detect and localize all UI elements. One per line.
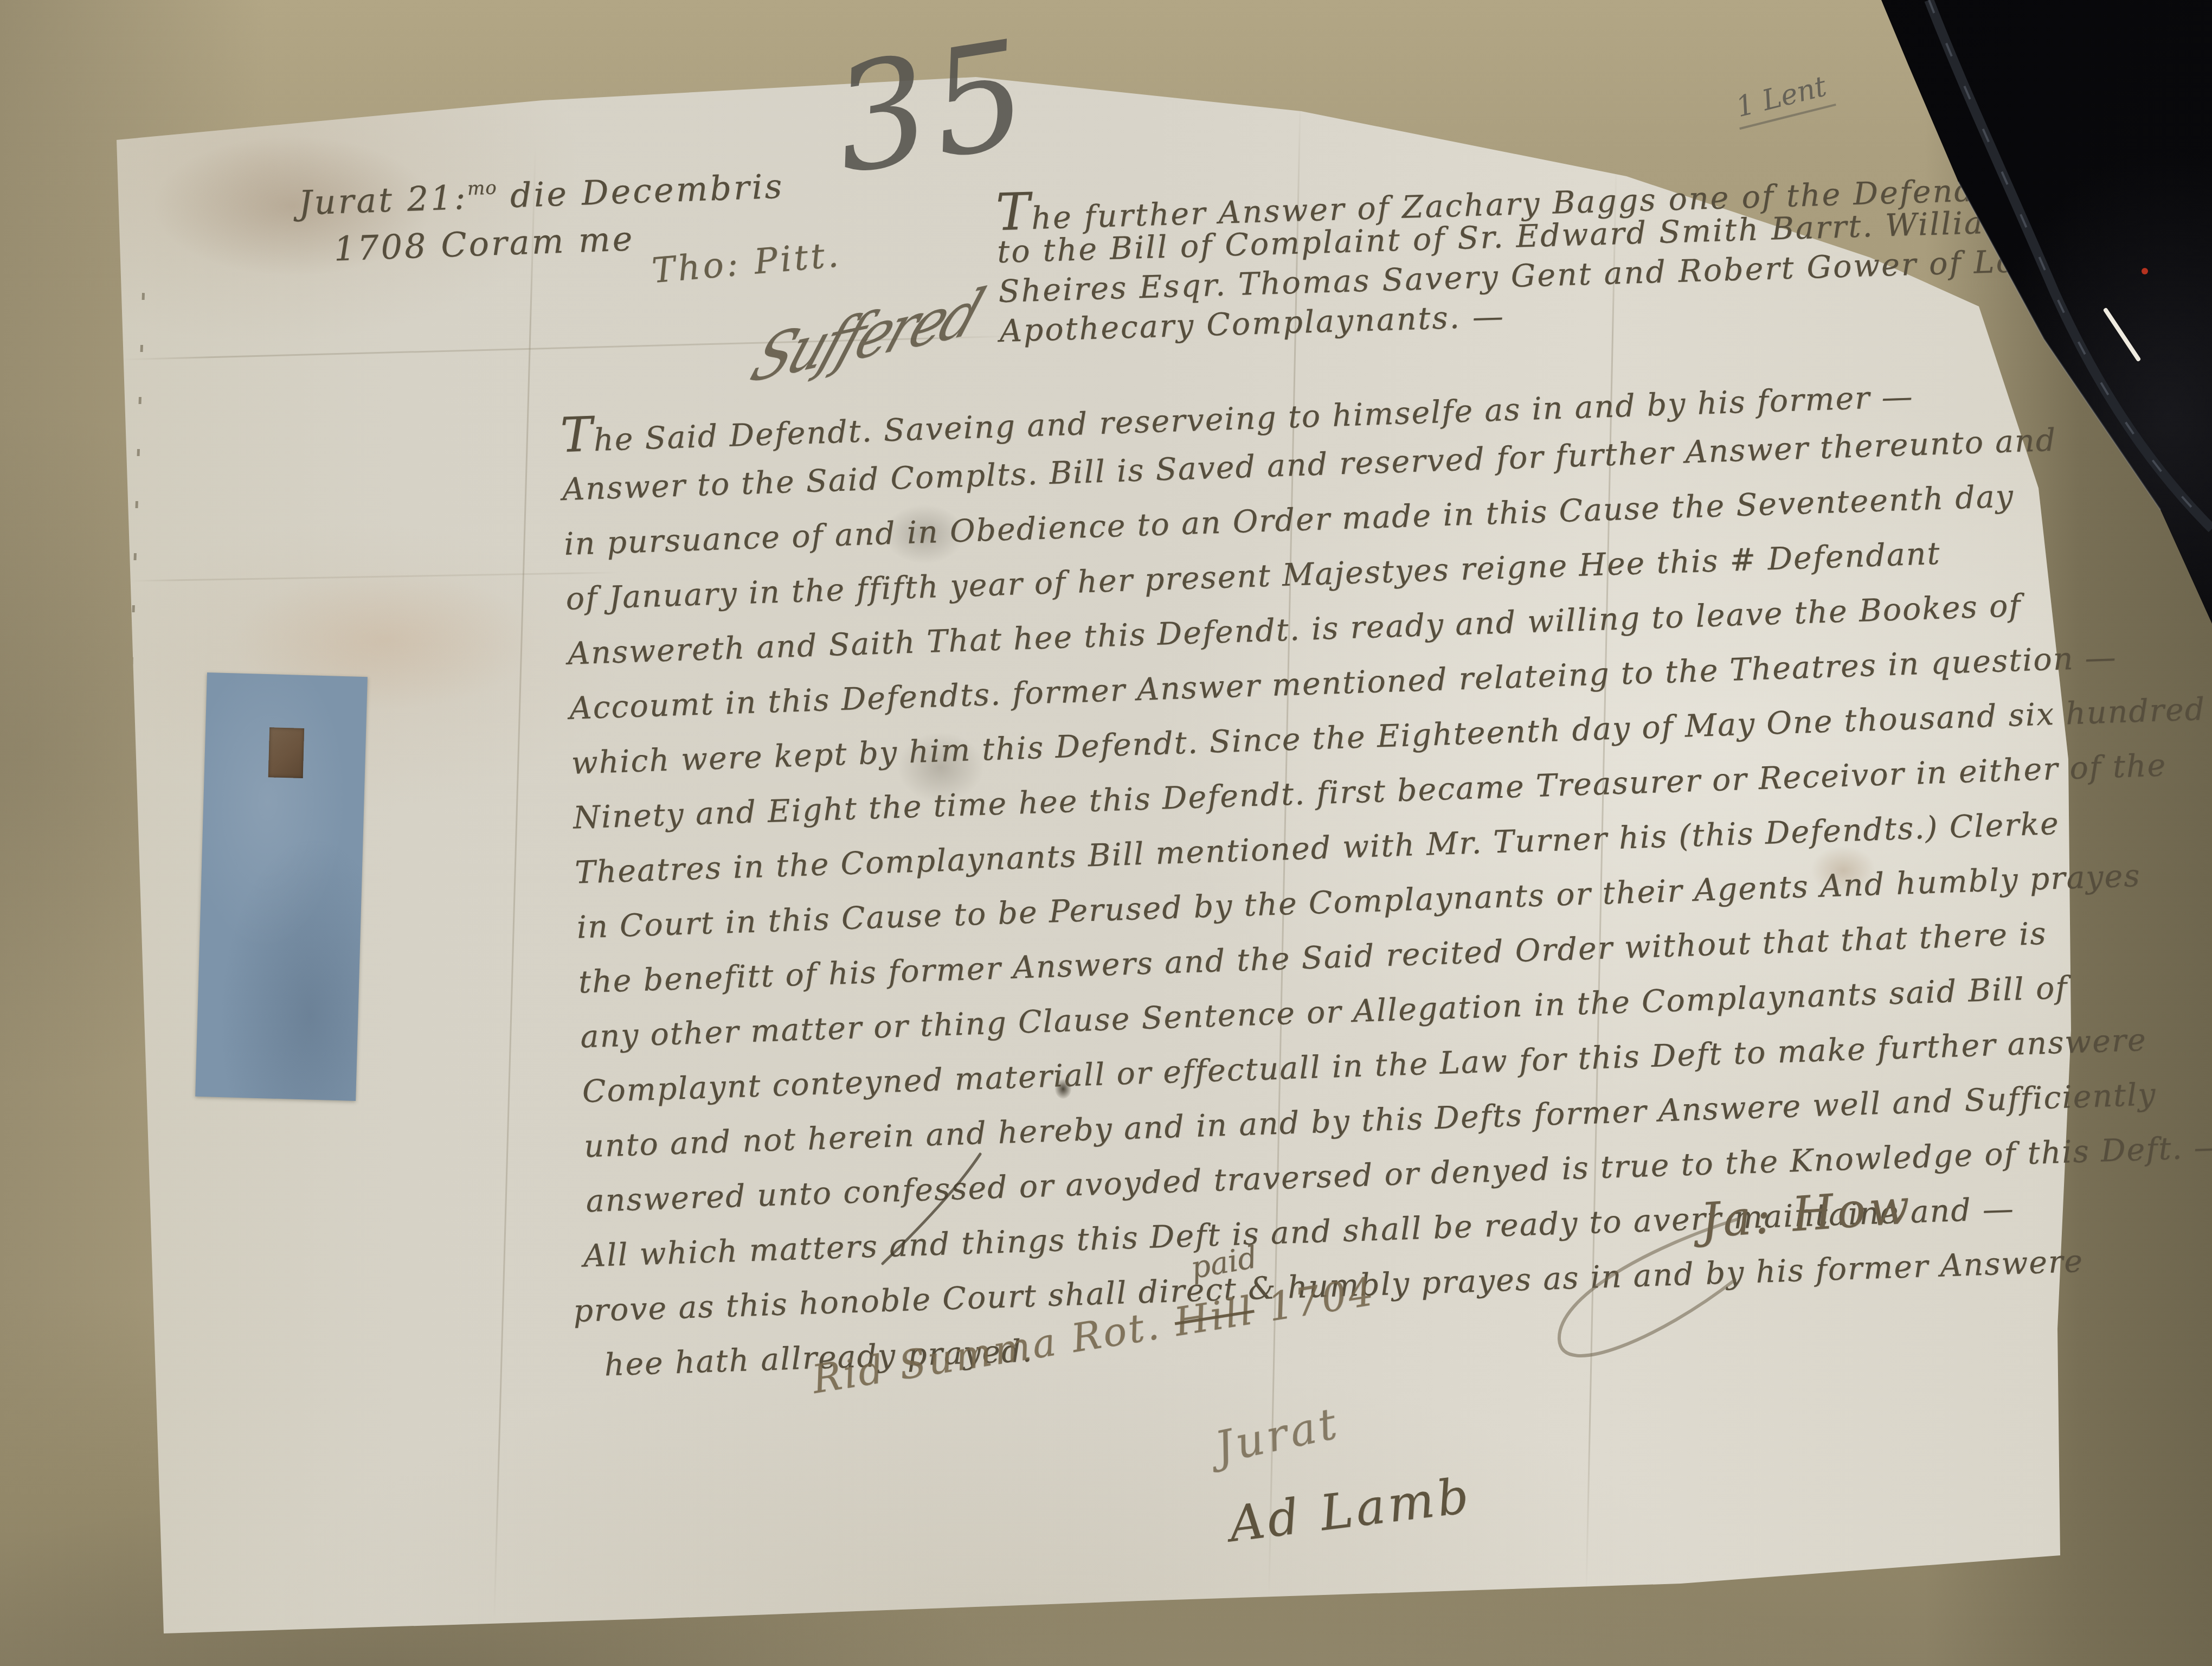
heading-block: The further Answer of Zachary Baggs one … [995,161,2102,351]
wax-seal-remnant [268,727,305,778]
blue-repair-patch [195,672,368,1101]
stitch-holes-line [101,293,145,1605]
answer-body: The Said Defendt. Saveing and reserveing… [560,354,2212,1393]
fold-crease [493,146,536,1621]
photograph-of-manuscript: Jurat 21:mo die Decembris 1708 Coram me … [0,0,2212,1666]
horizontal-crease [130,572,618,582]
pencil-corner-note: 1 Lent [1731,69,1836,130]
pencil-folio-number: 35 [823,8,1042,207]
jurat-superscript: mo [467,177,497,200]
jurat-date: Jurat 21: [298,177,468,223]
